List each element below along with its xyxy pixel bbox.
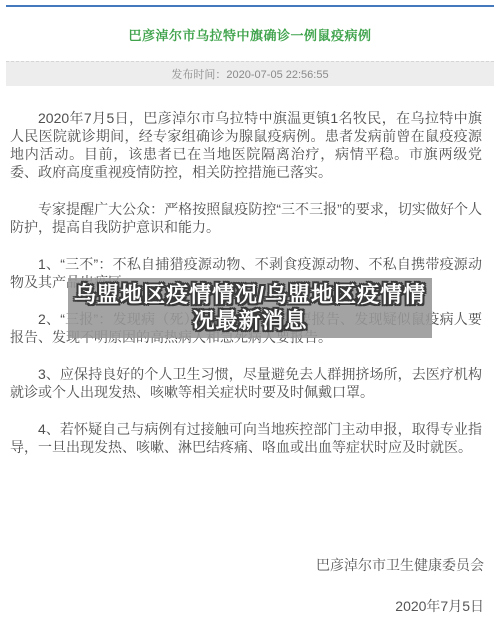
watermark-line: 乌盟地区疫情情况/乌盟地区疫情情 xyxy=(0,282,500,308)
article-paragraph: 专家提醒广大公众：严格按照鼠疫防控“三不三报”的要求，切实做好个人防护，提高自我… xyxy=(10,200,482,236)
article-paragraph: 4、若怀疑自己与病例有过接触可向当地疾控部门主动申报，取得专业指导，一旦出现发热… xyxy=(10,420,482,456)
article-paragraph: 2020年7月5日，巴彦淖尔市乌拉特中旗温更镇1名牧民，在乌拉特中旗人民医院就诊… xyxy=(10,109,482,181)
signature-block: 巴彦淖尔市卫生健康委员会 2020年7月5日 xyxy=(6,556,494,615)
signature-date: 2020年7月5日 xyxy=(6,597,484,615)
article-paragraph: 3、应保持良好的个人卫生习惯，尽量避免去人群拥挤场所，去医疗机构就诊或个人出现发… xyxy=(10,365,482,401)
watermark-text: 乌盟地区疫情情况/乌盟地区疫情情况最新消息 xyxy=(0,282,500,334)
watermark-line: 况最新消息 xyxy=(0,308,500,334)
signature-organization: 巴彦淖尔市卫生健康委员会 xyxy=(6,556,484,574)
page-title: 巴彦淖尔市乌拉特中旗确诊一例鼠疫病例 xyxy=(128,25,371,44)
announcement-page: 巴彦淖尔市乌拉特中旗确诊一例鼠疫病例 发布时间：2020-07-05 22:56… xyxy=(0,0,500,617)
publish-time-bar: 发布时间：2020-07-05 22:56:55 xyxy=(6,61,494,86)
article-body: 2020年7月5日，巴彦淖尔市乌拉特中旗温更镇1名牧民，在乌拉特中旗人民医院就诊… xyxy=(6,86,494,456)
title-area: 巴彦淖尔市乌拉特中旗确诊一例鼠疫病例 xyxy=(6,7,494,61)
publish-time-text: 发布时间：2020-07-05 22:56:55 xyxy=(171,66,328,82)
